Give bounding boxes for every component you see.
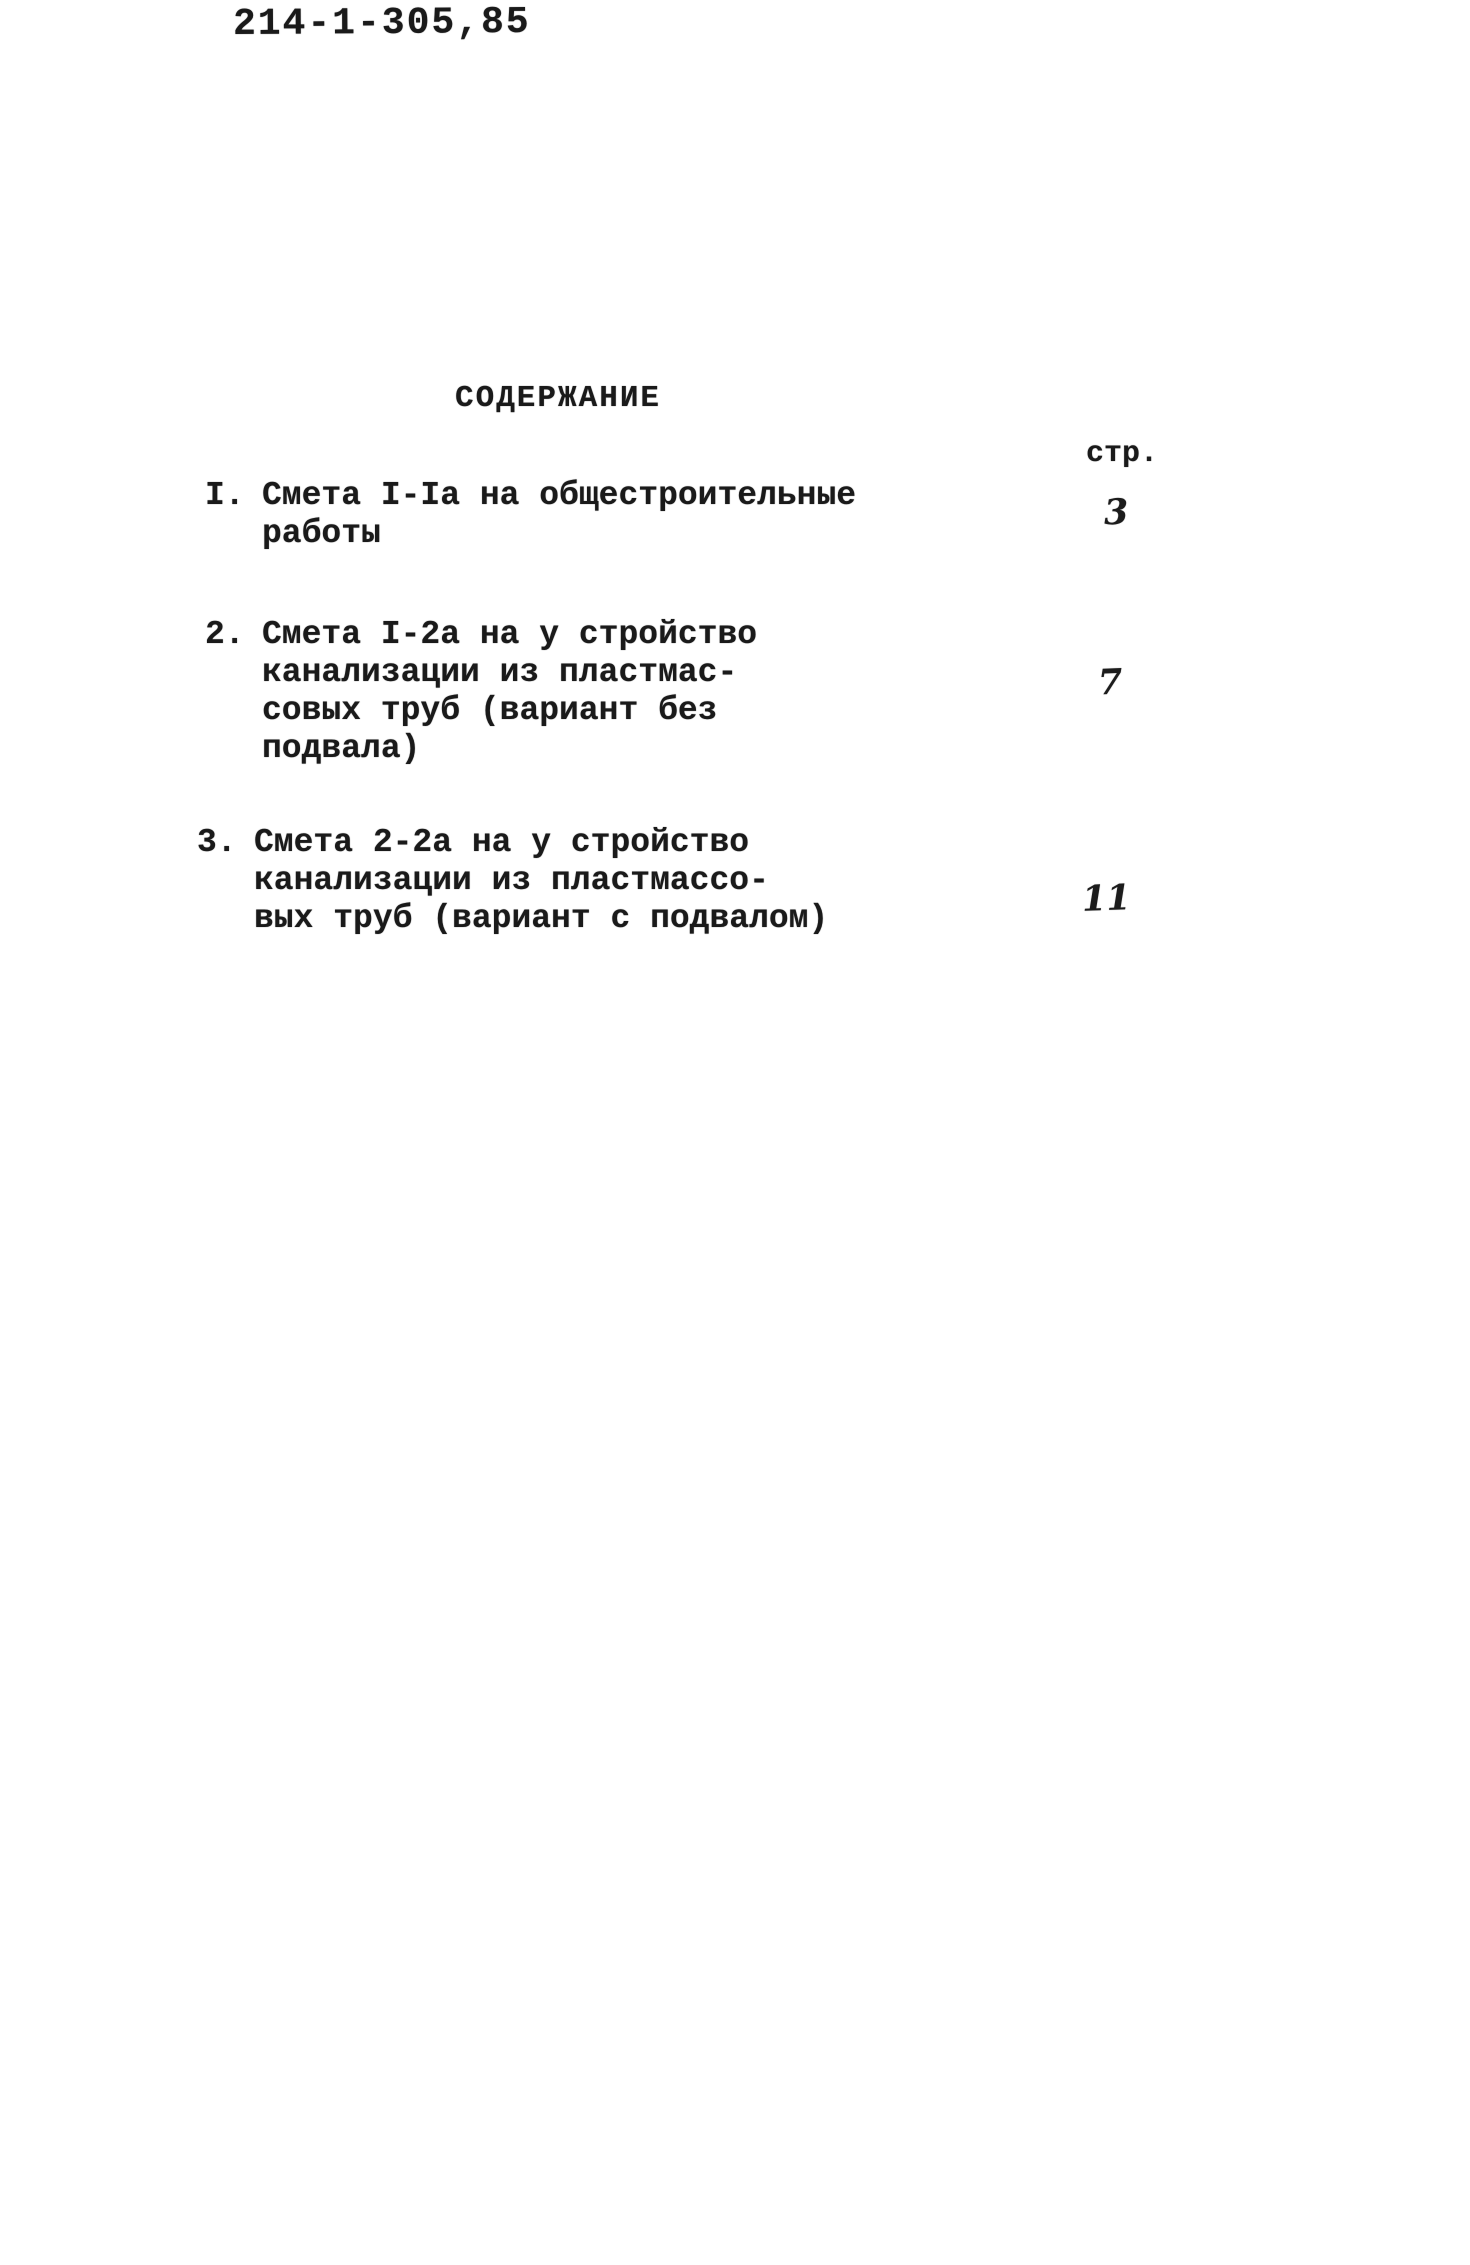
toc-item-2-line-4: подвала) <box>262 730 757 768</box>
toc-item-2-line-3: совых труб (вариант без <box>262 692 757 730</box>
toc-item-2-page-number: 7 <box>1097 662 1123 704</box>
document-code: 214-1-305,85 <box>233 1 531 46</box>
toc-item-3-line-1: Смета 2-2а на у стройство <box>254 824 828 862</box>
toc-item-3-page-number: 11 <box>1081 877 1131 920</box>
scanned-document-page: 214-1-305,85 СОДЕРЖАНИЕ стр. I. Смета I-… <box>0 0 1470 2265</box>
toc-item-1-line-2: работы <box>262 515 856 553</box>
toc-item-2-line-1: Смета I-2а на у стройство <box>262 616 757 654</box>
toc-item-1-page-number: 3 <box>1103 492 1129 534</box>
toc-item-1-number: I. <box>205 477 245 514</box>
toc-item-2-line-2: канализации из пластмас- <box>262 654 757 692</box>
toc-item-3-text: Смета 2-2а на у стройство канализации из… <box>254 824 828 938</box>
toc-item-1-line-1: Смета I-Iа на общестроительные <box>262 477 856 515</box>
toc-item-2-number: 2. <box>205 616 245 653</box>
page-title: СОДЕРЖАНИЕ <box>455 381 661 416</box>
toc-item-3-line-2: канализации из пластмассо- <box>254 862 828 900</box>
page-column-header: стр. <box>1086 437 1158 471</box>
toc-item-3-number: 3. <box>197 824 237 861</box>
toc-item-3-line-3: вых труб (вариант с подвалом) <box>254 900 828 938</box>
toc-item-1-text: Смета I-Iа на общестроительные работы <box>262 477 856 553</box>
toc-item-2-text: Смета I-2а на у стройство канализации из… <box>262 616 757 768</box>
